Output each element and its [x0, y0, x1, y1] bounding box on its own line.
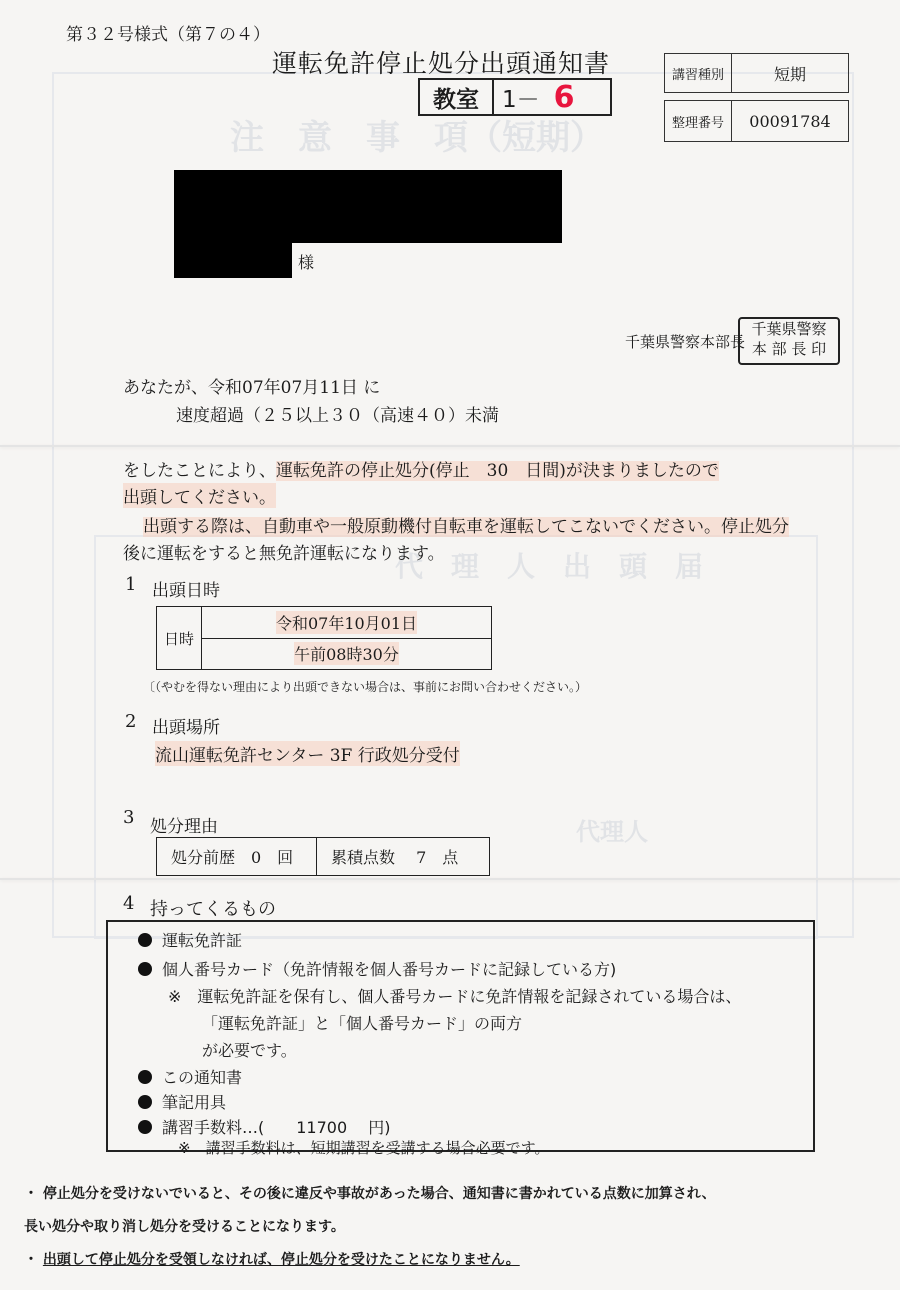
section-4-number: 4	[123, 893, 134, 914]
no-driving-warning-line2: 後に運転をすると無免許運転になります。	[123, 539, 445, 564]
bullet-icon	[138, 1070, 152, 1084]
redacted-name	[174, 170, 562, 243]
classroom-printed: 1－	[502, 81, 540, 114]
section-3-title: 処分理由	[150, 812, 218, 837]
course-type-value: 短期	[732, 54, 848, 92]
reference-number-value: 00091784	[732, 101, 848, 141]
prior-dispositions: 処分前歴 0 回	[157, 838, 317, 875]
no-driving-warning-line1: 出頭する際は、自動車や一般原動機付自転車を運転してこないでください。停止処分	[143, 517, 789, 537]
footer-note-1-cont: 長い処分や取り消し処分を受けることになります。	[24, 1216, 345, 1236]
footer-note-1: ・ 停止処分を受けないでいると、その後に違反や事故があった場合、通知書に書かれて…	[24, 1183, 716, 1203]
appearance-time: 午前08時30分	[202, 639, 491, 670]
seal-line1: 千葉県警察	[740, 319, 838, 339]
classroom-value: 1－ 6	[494, 80, 575, 114]
issuer-name: 千葉県警察本部長	[625, 331, 745, 352]
footer-note-2-text: 出頭して停止処分を受領しなければ、停止処分を受けたことになりません。	[43, 1252, 520, 1268]
fold-line	[0, 445, 900, 447]
bullet-icon	[138, 1120, 152, 1134]
classroom-box: 教室 1－ 6	[418, 78, 612, 116]
section-1-title: 出頭日時	[152, 576, 220, 601]
disposition-reason-table: 処分前歴 0 回 累積点数 7 点	[156, 837, 490, 876]
section-2-title: 出頭場所	[152, 713, 220, 738]
list-item: 運転免許証	[138, 928, 242, 951]
bullet-icon	[138, 1095, 152, 1109]
official-seal: 千葉県警察 本 部 長 印	[738, 317, 840, 365]
list-item: 筆記用具	[138, 1090, 226, 1113]
card-note-line1: ※ 運転免許証を保有し、個人番号カードに免許情報を記録されている場合は、	[168, 984, 741, 1007]
list-item: 講習手数料…( 11700 円)	[138, 1115, 390, 1138]
seal-line2: 本 部 長 印	[740, 339, 838, 359]
section-4-title: 持ってくるもの	[150, 895, 276, 921]
no-driving-warning: 出頭する際は、自動車や一般原動機付自転車を運転してこないでください。停止処分	[143, 512, 789, 537]
datetime-label: 日時	[157, 607, 202, 669]
items-to-bring-box: 運転免許証 個人番号カード（免許情報を個人番号カードに記録している方) ※ 運転…	[106, 920, 815, 1152]
inquiry-note: 〔（やむを得ない理由により出頭できない場合は、事前にお問い合わせください。）	[143, 678, 587, 695]
classroom-handwritten: 6	[554, 80, 575, 115]
show-through-heading: 注 意 事 項（短期）	[230, 110, 604, 159]
course-type-label: 講習種別	[665, 54, 732, 92]
redacted-name-part	[174, 243, 292, 278]
reference-number-label: 整理番号	[665, 101, 732, 141]
violation-description: 速度超過（２５以上３０（高速４０）未満	[176, 401, 499, 426]
honorific: 様	[298, 250, 314, 273]
list-item: この通知書	[138, 1065, 242, 1088]
appearance-location: 流山運転免許センター 3F 行政処分受付	[155, 741, 460, 766]
violation-date-line: あなたが、令和07年07月11日 に	[123, 373, 380, 398]
document-title: 運転免許停止処分出頭通知書	[272, 44, 610, 80]
appearance-datetime-table: 日時 令和07年10月01日 午前08時30分	[156, 606, 492, 670]
bullet-icon	[138, 933, 152, 947]
fee-note: ※ 講習手数料は、短期講習を受講する場合必要です。	[178, 1137, 549, 1158]
accumulated-points: 累積点数 7 点	[317, 838, 458, 875]
form-number: 第３２号様式（第７の４）	[66, 20, 270, 45]
course-type-box: 講習種別 短期	[664, 53, 849, 93]
fold-line	[0, 878, 900, 880]
reference-number-box: 整理番号 00091784	[664, 100, 849, 142]
card-note-line3: が必要です。	[202, 1038, 297, 1061]
list-item: 個人番号カード（免許情報を個人番号カードに記録している方)	[138, 957, 616, 980]
suspension-highlight: 運転免許の停止処分(停止 30 日間)が決まりましたので	[276, 461, 719, 481]
suspension-prefix: をしたことにより、	[123, 461, 276, 481]
show-through-agent: 代理人	[576, 812, 648, 847]
suspension-line: をしたことにより、運転免許の停止処分(停止 30 日間)が決まりましたので	[123, 456, 719, 481]
classroom-label: 教室	[420, 80, 494, 114]
footer-note-2: ・ 出頭して停止処分を受領しなければ、停止処分を受けたことになりません。	[24, 1249, 520, 1269]
appearance-date: 令和07年10月01日	[202, 607, 491, 639]
section-3-number: 3	[123, 807, 134, 828]
card-note-line2: 「運転免許証」と「個人番号カード」の両方	[202, 1011, 522, 1034]
section-2-number: 2	[125, 711, 136, 732]
section-1-number: 1	[125, 574, 136, 595]
appear-instruction: 出頭してください。	[123, 483, 276, 508]
bullet-icon	[138, 962, 152, 976]
